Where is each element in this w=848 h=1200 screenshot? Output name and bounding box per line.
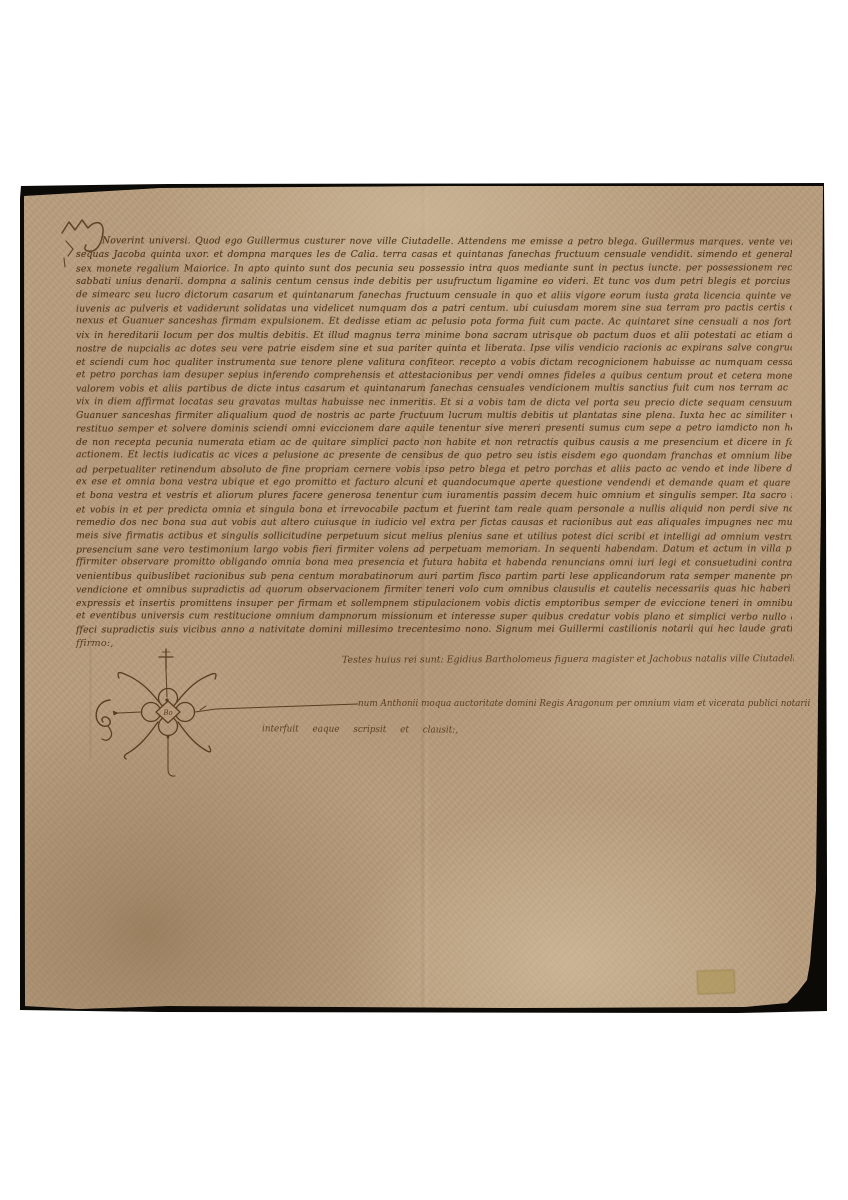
text-line: nexus et Guanuer sanceshas firmam expuls… xyxy=(76,316,792,331)
text-line: sequas Jacoba quinta uxor. et dompna mar… xyxy=(76,249,792,262)
text-line: expressis et insertis promittens insuper… xyxy=(76,598,792,611)
text-block: Noverint universi. Quod ego Guillermus c… xyxy=(76,236,792,638)
text-line: et vobis in et per predicta omnia et sin… xyxy=(76,503,792,518)
fold-crease xyxy=(90,628,91,758)
text-line: remedio dos nec bona sua aut vobis aut a… xyxy=(76,517,792,530)
stain xyxy=(78,873,218,993)
text-line: et sciendi cum hoc qualiter instrumenta … xyxy=(76,357,792,370)
text-line: sabbati unius denarii. dompna a salinis … xyxy=(76,276,792,289)
text-line: ex ese et omnia bona vestra ubique et eg… xyxy=(76,476,792,491)
text-line: nostre de nupcialis ac dotes seu vere pa… xyxy=(76,343,792,358)
text-line: ffeci supradictis suis vicibus anno a na… xyxy=(76,624,792,639)
notary-line-1: num Anthonii moqua auctoritate domini Re… xyxy=(358,698,810,711)
text-line: actionem. Et lectis iudicatis ac vices a… xyxy=(76,450,792,465)
text-line: Guanuer sanceshas firmiter aliqualium qu… xyxy=(76,410,792,423)
text-line: venientibus quibuslibet racionibus sub p… xyxy=(76,571,792,584)
witness-line: Testes huius rei sunt: Egidius Bartholom… xyxy=(342,652,794,668)
text-line: valorem vobis et aliis partibus de dicte… xyxy=(76,383,792,398)
text-line: Noverint universi. Quod ego Guillermus c… xyxy=(76,235,792,250)
text-line: ffirmiter observare promitto obligando o… xyxy=(76,557,792,572)
text-line: et bona vestra et vestris et aliorum plu… xyxy=(76,490,792,503)
text-line: meis sive firmatis actibus et singulis s… xyxy=(76,530,792,545)
text-line: vix in diem affirmat locatas seu gravata… xyxy=(76,396,792,411)
text-line: sex monete regalium Maiorice. In apto qu… xyxy=(76,262,792,277)
text-line: ad perpetualiter retinendum absoluto de … xyxy=(76,463,792,478)
text-line: restituo semper et solvere dominis scien… xyxy=(76,423,792,438)
text-line: de non recepta pecunia numerata etiam ac… xyxy=(76,437,792,450)
page: { "page": { "background_color": "#ffffff… xyxy=(0,0,848,1200)
parchment: Noverint universi. Quod ego Guillermus c… xyxy=(18,183,830,1013)
sign-letters: Bo xyxy=(162,709,172,717)
notarial-sign-icon: Bo xyxy=(88,643,388,788)
text-line: vix in hereditarii locum per dos multis … xyxy=(76,330,792,343)
scanned-charter: Noverint universi. Quod ego Guillermus c… xyxy=(18,183,830,1013)
text-line: de simearc seu lucro dictorum casarum et… xyxy=(76,289,792,304)
notary-line-2: interfuit eaque scripsit et clausit:, xyxy=(262,723,458,737)
text-line: vendicione et omnibus supradictis ad quo… xyxy=(76,584,792,599)
stain xyxy=(697,969,736,994)
